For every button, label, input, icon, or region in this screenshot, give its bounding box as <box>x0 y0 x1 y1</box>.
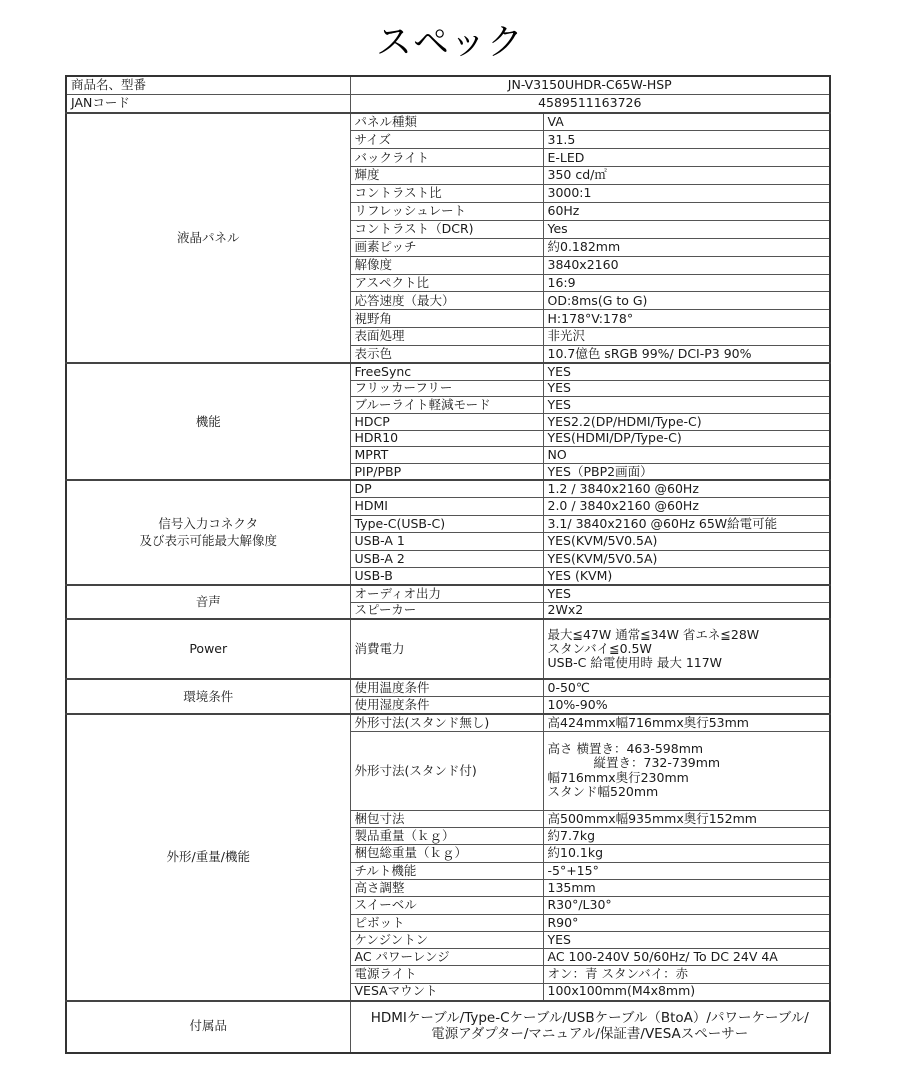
spec-key: 画素ピッチ <box>350 238 543 256</box>
spec-value-multiline: 最大≦47W 通常≦34W 省エネ≦28W スタンバイ≦0.5W USB-C 給… <box>543 619 830 679</box>
spec-key: FreeSync <box>350 363 543 380</box>
spec-value: AC 100-240V 50/60Hz/ To DC 24V 4A <box>543 949 830 966</box>
accessories-value: HDMIケーブル/Type-Cケーブル/USBケーブル（BtoA）/パワーケーブ… <box>350 1001 830 1053</box>
spec-key: フリッカーフリー <box>350 380 543 397</box>
spec-value: 高424mmx幅716mmx奥行53mm <box>543 714 830 731</box>
spec-value: -5°+15° <box>543 862 830 879</box>
spec-key: USB-B <box>350 568 543 586</box>
spec-key: MPRT <box>350 447 543 464</box>
spec-value: YES <box>543 380 830 397</box>
spec-key: ブルーライト軽減モード <box>350 397 543 414</box>
row-jan: JANコード 4589511163726 <box>66 94 830 113</box>
spec-key: パネル種類 <box>350 113 543 131</box>
spec-row: 液晶パネル パネル種類 VA <box>66 113 830 131</box>
spec-key: VESAマウント <box>350 983 543 1000</box>
spec-key: USB-A 2 <box>350 550 543 568</box>
model-value: JN-V3150UHDR-C65W-HSP <box>350 76 830 94</box>
section-inputs-label-line2: 及び表示可能最大解像度 <box>71 534 346 548</box>
spec-value: オン：青 スタンバイ：赤 <box>543 966 830 983</box>
power-line: スタンバイ≦0.5W <box>548 642 826 656</box>
power-line: 最大≦47W 通常≦34W 省エネ≦28W <box>548 628 826 642</box>
spec-key: USB-A 1 <box>350 533 543 551</box>
spec-key: オーディオ出力 <box>350 585 543 602</box>
spec-key: ピボット <box>350 914 543 931</box>
spec-value: YES(HDMI/DP/Type-C) <box>543 430 830 447</box>
spec-value: 約10.1kg <box>543 845 830 862</box>
spec-value: 高500mmx幅935mmx奥行152mm <box>543 810 830 827</box>
spec-key: AC パワーレンジ <box>350 949 543 966</box>
spec-key: アスペクト比 <box>350 274 543 292</box>
model-label: 商品名、型番 <box>66 76 350 94</box>
spec-value: 0-50℃ <box>543 679 830 697</box>
spec-value: YES (KVM) <box>543 568 830 586</box>
spec-key: 梱包寸法 <box>350 810 543 827</box>
spec-key: コントラスト（DCR) <box>350 220 543 238</box>
spec-key: 製品重量（ｋｇ） <box>350 828 543 845</box>
section-power-label: Power <box>66 619 350 679</box>
accessories-line: 電源アダプター/マニュアル/保証書/VESAスペーサー <box>355 1027 826 1043</box>
spec-value: OD:8ms(G to G) <box>543 292 830 310</box>
dimension-line: 幅716mmx奥行230mm <box>548 771 826 785</box>
spec-value: YES（PBP2画面） <box>543 464 830 481</box>
spec-key: リフレッシュレート <box>350 202 543 220</box>
spec-value: VA <box>543 113 830 131</box>
spec-value: E-LED <box>543 149 830 167</box>
spec-table: 商品名、型番 JN-V3150UHDR-C65W-HSP JANコード 4589… <box>65 75 831 1054</box>
spec-value: 350 cd/㎡ <box>543 167 830 185</box>
spec-key: 輝度 <box>350 167 543 185</box>
spec-key: 外形寸法(スタンド付) <box>350 731 543 810</box>
spec-row: Power 消費電力 最大≦47W 通常≦34W 省エネ≦28W スタンバイ≦0… <box>66 619 830 679</box>
dimension-line: 縦置き：732-739mm <box>548 756 826 770</box>
spec-value: YES <box>543 363 830 380</box>
spec-row: 機能 FreeSync YES <box>66 363 830 380</box>
spec-value: 10%-90% <box>543 697 830 715</box>
section-inputs-label: 信号入力コネクタ 及び表示可能最大解像度 <box>66 480 350 585</box>
spec-value: YES <box>543 397 830 414</box>
accessories-line: HDMIケーブル/Type-Cケーブル/USBケーブル（BtoA）/パワーケーブ… <box>355 1011 826 1027</box>
spec-value: R30°/L30° <box>543 897 830 914</box>
spec-value: 31.5 <box>543 131 830 149</box>
spec-value: 3840x2160 <box>543 256 830 274</box>
spec-key: HDR10 <box>350 430 543 447</box>
spec-row: 環境条件 使用温度条件 0-50℃ <box>66 679 830 697</box>
spec-value: 約0.182mm <box>543 238 830 256</box>
section-features-label: 機能 <box>66 363 350 480</box>
spec-value-multiline: 高さ 横置き：463-598mm 縦置き：732-739mm 幅716mmx奥行… <box>543 731 830 810</box>
spec-key: Type-C(USB-C) <box>350 515 543 533</box>
jan-label: JANコード <box>66 94 350 113</box>
spec-key: スイーベル <box>350 897 543 914</box>
spec-value: YES <box>543 931 830 948</box>
spec-value: Yes <box>543 220 830 238</box>
power-line: USB-C 給電使用時 最大 117W <box>548 656 826 670</box>
spec-value: 60Hz <box>543 202 830 220</box>
dimension-line: スタンド幅520mm <box>548 785 826 799</box>
spec-key: 電源ライト <box>350 966 543 983</box>
spec-row: 外形/重量/機能 外形寸法(スタンド無し) 高424mmx幅716mmx奥行53… <box>66 714 830 731</box>
spec-key: 解像度 <box>350 256 543 274</box>
section-environment-label: 環境条件 <box>66 679 350 714</box>
spec-value: YES(KVM/5V0.5A) <box>543 533 830 551</box>
spec-key: 梱包総重量（ｋｇ） <box>350 845 543 862</box>
spec-value: 2Wx2 <box>543 602 830 619</box>
spec-key: 消費電力 <box>350 619 543 679</box>
spec-value: 3000:1 <box>543 185 830 203</box>
spec-value: NO <box>543 447 830 464</box>
spec-key: サイズ <box>350 131 543 149</box>
spec-key: PIP/PBP <box>350 464 543 481</box>
section-physical-label: 外形/重量/機能 <box>66 714 350 1000</box>
spec-value: 2.0 / 3840x2160 @60Hz <box>543 498 830 516</box>
spec-value: 3.1/ 3840x2160 @60Hz 65W給電可能 <box>543 515 830 533</box>
section-panel-label: 液晶パネル <box>66 113 350 363</box>
spec-key: 使用湿度条件 <box>350 697 543 715</box>
spec-key: 外形寸法(スタンド無し) <box>350 714 543 731</box>
spec-key: HDCP <box>350 414 543 431</box>
spec-value: 1.2 / 3840x2160 @60Hz <box>543 480 830 498</box>
spec-row: 付属品 HDMIケーブル/Type-Cケーブル/USBケーブル（BtoA）/パワ… <box>66 1001 830 1053</box>
section-audio-label: 音声 <box>66 585 350 619</box>
section-accessories-label: 付属品 <box>66 1001 350 1053</box>
spec-key: 視野角 <box>350 310 543 328</box>
spec-value: YES(KVM/5V0.5A) <box>543 550 830 568</box>
spec-key: 使用温度条件 <box>350 679 543 697</box>
section-inputs-label-line1: 信号入力コネクタ <box>71 517 346 531</box>
spec-key: HDMI <box>350 498 543 516</box>
spec-value: 約7.7kg <box>543 828 830 845</box>
spec-key: DP <box>350 480 543 498</box>
spec-key: 表示色 <box>350 346 543 364</box>
spec-value: YES2.2(DP/HDMI/Type-C) <box>543 414 830 431</box>
spec-value: YES <box>543 585 830 602</box>
spec-key: 高さ調整 <box>350 879 543 896</box>
spec-value: H:178°V:178° <box>543 310 830 328</box>
page-title: スペック <box>0 14 900 65</box>
spec-key: 応答速度（最大） <box>350 292 543 310</box>
spec-value: 100x100mm(M4x8mm) <box>543 983 830 1000</box>
spec-key: 表面処理 <box>350 328 543 346</box>
spec-value: 10.7億色 sRGB 99%/ DCI-P3 90% <box>543 346 830 364</box>
spec-key: バックライト <box>350 149 543 167</box>
spec-row: 信号入力コネクタ 及び表示可能最大解像度 DP 1.2 / 3840x2160 … <box>66 480 830 498</box>
spec-value: 16:9 <box>543 274 830 292</box>
row-model: 商品名、型番 JN-V3150UHDR-C65W-HSP <box>66 76 830 94</box>
spec-key: コントラスト比 <box>350 185 543 203</box>
jan-value: 4589511163726 <box>350 94 830 113</box>
spec-key: ケンジントン <box>350 931 543 948</box>
spec-value: 非光沢 <box>543 328 830 346</box>
spec-value: 135mm <box>543 879 830 896</box>
dimension-line: 高さ 横置き：463-598mm <box>548 742 826 756</box>
spec-value: R90° <box>543 914 830 931</box>
spec-key: チルト機能 <box>350 862 543 879</box>
spec-key: スピーカー <box>350 602 543 619</box>
spec-row: 音声 オーディオ出力 YES <box>66 585 830 602</box>
